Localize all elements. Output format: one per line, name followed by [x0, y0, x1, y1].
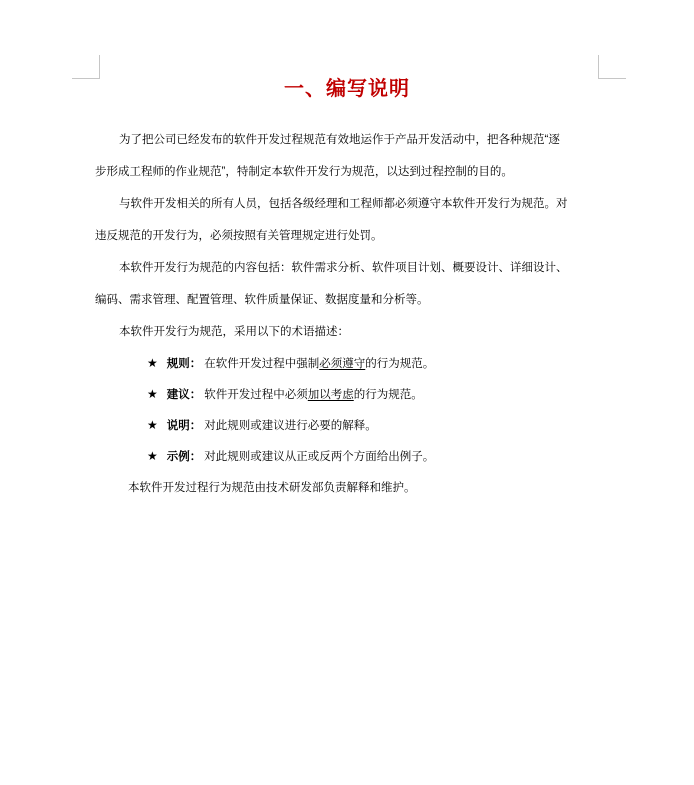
term-text: 软件开发过程中必须 [204, 389, 308, 401]
term-item-suggestion: ★建议：软件开发过程中必须加以考虑的行为规范。 [95, 379, 607, 410]
term-text-underlined: 加以考虑 [308, 389, 354, 401]
term-item-explanation: ★说明：对此规则或建议进行必要的解释。 [95, 410, 607, 441]
term-text-underlined: 必须遵守 [319, 358, 365, 370]
footer-paragraph: 本软件开发过程行为规范由技术研发部负责解释和维护。 [95, 472, 607, 504]
paragraph: 与软件开发相关的所有人员，包括各级经理和工程师都必须遵守本软件开发行为规范。对 … [95, 188, 607, 252]
paragraph-line: 与软件开发相关的所有人员，包括各级经理和工程师都必须遵守本软件开发行为规范。对 [95, 188, 607, 220]
term-text: 的行为规范。 [365, 358, 434, 370]
paragraph-line: 本软件开发行为规范，采用以下的术语描述： [95, 316, 607, 348]
document-page: 一、编写说明 为了把公司已经发布的软件开发过程规范有效地运作于产品开发活动中，把… [0, 0, 694, 785]
term-label: 示例： [167, 451, 202, 463]
paragraph: 本软件开发行为规范，采用以下的术语描述： [95, 316, 607, 348]
star-bullet-icon: ★ [147, 449, 158, 463]
page-title: 一、编写说明 [0, 75, 694, 103]
term-text: 对此规则或建议从正或反两个方面给出例子。 [204, 451, 434, 463]
paragraph-line: 编码、需求管理、配置管理、软件质量保证、数据度量和分析等。 [95, 284, 607, 316]
term-label: 规则： [167, 358, 202, 370]
term-item-rule: ★规则：在软件开发过程中强制必须遵守的行为规范。 [95, 348, 607, 379]
paragraph-line: 违反规范的开发行为，必须按照有关管理规定进行处罚。 [95, 220, 607, 252]
term-item-example: ★示例：对此规则或建议从正或反两个方面给出例子。 [95, 441, 607, 472]
star-bullet-icon: ★ [147, 356, 158, 370]
term-text: 的行为规范。 [354, 389, 423, 401]
star-bullet-icon: ★ [147, 418, 158, 432]
paragraph-line: 为了把公司已经发布的软件开发过程规范有效地运作于产品开发活动中，把各种规范“逐 [95, 124, 607, 156]
paragraph-line: 本软件开发行为规范的内容包括：软件需求分析、软件项目计划、概要设计、详细设计、 [95, 252, 607, 284]
paragraph: 为了把公司已经发布的软件开发过程规范有效地运作于产品开发活动中，把各种规范“逐 … [95, 124, 607, 188]
term-label: 说明： [167, 420, 202, 432]
document-body: 为了把公司已经发布的软件开发过程规范有效地运作于产品开发活动中，把各种规范“逐 … [95, 124, 607, 504]
star-bullet-icon: ★ [147, 387, 158, 401]
paragraph-line: 步形成工程师的作业规范”，特制定本软件开发行为规范，以达到过程控制的目的。 [95, 156, 607, 188]
term-text: 在软件开发过程中强制 [204, 358, 319, 370]
term-label: 建议： [167, 389, 202, 401]
term-text: 对此规则或建议进行必要的解释。 [204, 420, 377, 432]
paragraph: 本软件开发行为规范的内容包括：软件需求分析、软件项目计划、概要设计、详细设计、 … [95, 252, 607, 316]
